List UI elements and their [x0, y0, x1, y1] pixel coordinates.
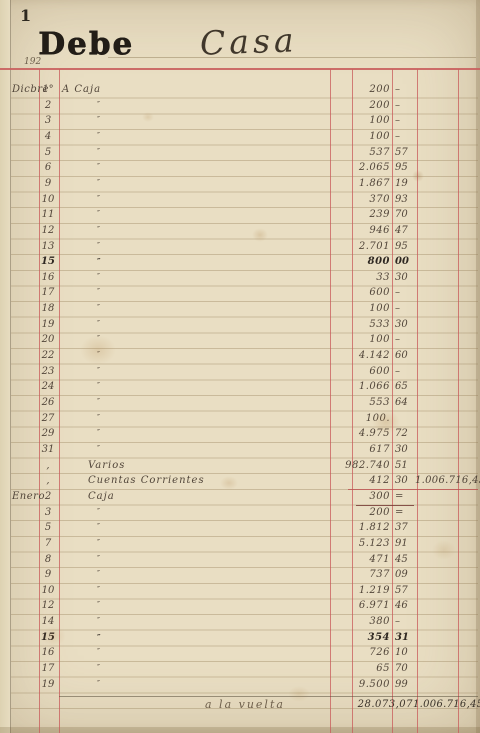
- ditto-mark: ″: [97, 272, 101, 281]
- ledger-row: 7″5.12391: [0, 538, 480, 553]
- amount-cents: =: [395, 507, 415, 518]
- amount-cents: 30: [395, 444, 415, 455]
- day-number: 10: [40, 194, 56, 205]
- amount-total: 1.006.716,45: [415, 475, 472, 486]
- amount-cents: –: [395, 131, 415, 142]
- amount-integer: 100: [330, 131, 390, 142]
- amount-cents: –: [395, 115, 415, 126]
- day-number: 7: [40, 538, 56, 549]
- amount-integer: 800: [330, 256, 390, 267]
- ledger-row: 19″9.50099: [0, 679, 480, 694]
- day-number: 31: [40, 444, 56, 455]
- amount-cents: 95: [395, 162, 415, 173]
- amount-cents: 45: [395, 554, 415, 565]
- ledger-row: 15″80000: [0, 256, 480, 271]
- ledger-row: 2″200–: [0, 100, 480, 115]
- ledger-row: 10″1.21957: [0, 585, 480, 600]
- day-number: 14: [40, 616, 56, 627]
- amount-integer: 4.975: [330, 428, 390, 439]
- ditto-mark: ″: [97, 381, 101, 390]
- day-number: 26: [40, 397, 56, 408]
- ledger-row: 12″94647: [0, 225, 480, 240]
- day-number: ,: [40, 475, 56, 486]
- ledger-row: 11″23970: [0, 209, 480, 224]
- ledger-row: 12″6.97146: [0, 600, 480, 615]
- ditto-mark: ″: [97, 413, 101, 422]
- day-number: 10: [40, 585, 56, 596]
- ledger-page: 1 Debe Casa 192 Dicbre1°A Caja200–2″200–…: [0, 0, 480, 733]
- ledger-row: 20″100–: [0, 334, 480, 349]
- amount-integer: 380: [330, 616, 390, 627]
- ditto-mark: ″: [97, 647, 101, 656]
- page-number: 1: [20, 6, 31, 25]
- amount-cents: –: [395, 366, 415, 377]
- day-number: 19: [40, 319, 56, 330]
- ditto-mark: ″: [97, 194, 101, 203]
- day-number: 2: [40, 491, 56, 502]
- ditto-mark: ″: [97, 319, 101, 328]
- amount-cents: –: [395, 303, 415, 314]
- amount-integer: 1.066: [330, 381, 390, 392]
- day-number: 15: [40, 632, 56, 643]
- ditto-mark: ″: [97, 366, 101, 375]
- day-number: 15: [40, 256, 56, 267]
- ditto-mark: ″: [97, 632, 102, 642]
- amount-integer: 6.971: [330, 600, 390, 611]
- totals-separator-line: [59, 696, 478, 697]
- amount-integer: 4.142: [330, 350, 390, 361]
- ledger-row: 17″600–: [0, 287, 480, 302]
- amount-cents: 37: [395, 522, 415, 533]
- ditto-mark: ″: [97, 178, 101, 187]
- amount-integer: 617: [330, 444, 390, 455]
- ledger-row: 31″61730: [0, 444, 480, 459]
- amount-cents: 30: [395, 475, 415, 486]
- concept-label: Varios: [88, 460, 125, 471]
- amount-integer: 370: [330, 194, 390, 205]
- ditto-mark: ″: [97, 507, 101, 516]
- ledger-row: 8″47145: [0, 554, 480, 569]
- ledger-row: 17″6570: [0, 663, 480, 678]
- day-number: 1°: [40, 84, 56, 95]
- ledger-row: 5″53757: [0, 147, 480, 162]
- amount-cents: –: [395, 84, 415, 95]
- day-number: 18: [40, 303, 56, 314]
- ditto-mark: ″: [97, 209, 101, 218]
- amount-integer: 1.867: [330, 178, 390, 189]
- amount-cents: 31: [395, 632, 415, 643]
- red-ink-underline: [356, 505, 414, 506]
- amount-integer: 533: [330, 319, 390, 330]
- amount-cents: –: [395, 287, 415, 298]
- amount-cents: 91: [395, 538, 415, 549]
- day-number: 9: [40, 178, 56, 189]
- day-number: 22: [40, 350, 56, 361]
- ditto-mark: ″: [97, 225, 101, 234]
- ditto-mark: ″: [97, 256, 102, 266]
- year-prefix: 192: [24, 57, 41, 67]
- ledger-row: 6″2.06595: [0, 162, 480, 177]
- red-ink-underline: [348, 489, 478, 490]
- amount-integer: 65: [330, 663, 390, 674]
- day-number: 12: [40, 600, 56, 611]
- ledger-row: 13″2.70195: [0, 241, 480, 256]
- amount-integer: 726: [330, 647, 390, 658]
- amount-cents: 65: [395, 381, 415, 392]
- amount-integer: 100: [330, 115, 390, 126]
- ditto-mark: ″: [97, 147, 101, 156]
- account-title: Casa: [199, 20, 298, 62]
- ditto-mark: ″: [97, 679, 101, 688]
- ditto-mark: ″: [97, 162, 101, 171]
- amount-integer: 200: [330, 507, 390, 518]
- month-label: Enero: [12, 491, 38, 502]
- amount-cents: –: [395, 616, 415, 627]
- day-number: 3: [40, 115, 56, 126]
- ledger-row: ,Cuentas Corrientes412301.006.716,45: [0, 475, 480, 490]
- amount-integer: 600: [330, 287, 390, 298]
- ledger-row: 23″600–: [0, 366, 480, 381]
- ledger-row: 4″100–: [0, 131, 480, 146]
- day-number: 11: [40, 209, 56, 220]
- ditto-mark: ″: [97, 444, 101, 453]
- amount-integer: 2.065: [330, 162, 390, 173]
- amount-cents: 72: [395, 428, 415, 439]
- amount-cents: 30: [395, 319, 415, 330]
- day-number: 13: [40, 241, 56, 252]
- day-number: 5: [40, 522, 56, 533]
- day-number: 6: [40, 162, 56, 173]
- ledger-row: 29″4.97572: [0, 428, 480, 443]
- day-number: 3: [40, 507, 56, 518]
- ledger-row: 16″72610: [0, 647, 480, 662]
- amount-integer: 737: [330, 569, 390, 580]
- ledger-row: 14″380–: [0, 616, 480, 631]
- ditto-mark: ″: [97, 287, 101, 296]
- amount-cents: 30: [395, 272, 415, 283]
- amount-cents: 64: [395, 397, 415, 408]
- concept-label: Caja: [88, 491, 115, 502]
- ledger-row: 5″1.81237: [0, 522, 480, 537]
- amount-cents: 95: [395, 241, 415, 252]
- amount-integer: 100: [330, 334, 390, 345]
- day-number: 8: [40, 554, 56, 565]
- amount-cents: 60: [395, 350, 415, 361]
- day-number: 17: [40, 663, 56, 674]
- day-number: 2: [40, 100, 56, 111]
- amount-cents: 10: [395, 647, 415, 658]
- amount-integer: 300: [330, 491, 390, 502]
- page-bottom-edge: [0, 727, 480, 733]
- ditto-mark: ″: [97, 616, 101, 625]
- amount-integer: 1.812: [330, 522, 390, 533]
- amount-integer: 100.: [330, 413, 390, 424]
- amount-cents: –: [395, 100, 415, 111]
- amount-cents: 47: [395, 225, 415, 236]
- concept-label: A Caja: [62, 84, 101, 95]
- ditto-mark: ″: [97, 554, 101, 563]
- ledger-row: 9″1.86719: [0, 178, 480, 193]
- day-number: ,: [40, 460, 56, 471]
- amount-integer: 100: [330, 303, 390, 314]
- header-red-rule: [0, 68, 480, 70]
- day-number: 5: [40, 147, 56, 158]
- amount-cents: 00: [395, 256, 415, 267]
- day-number: 24: [40, 381, 56, 392]
- ledger-row: Dicbre1°A Caja200–: [0, 84, 480, 99]
- total-amount-column2: 1.006.716,45: [413, 699, 473, 710]
- day-number: 20: [40, 334, 56, 345]
- month-label: Dicbre: [12, 84, 38, 95]
- ditto-mark: ″: [97, 663, 101, 672]
- ditto-mark: ″: [97, 428, 101, 437]
- ledger-row: ,Varios982.74051: [0, 460, 480, 475]
- amount-cents: 70: [395, 209, 415, 220]
- amount-integer: 946: [330, 225, 390, 236]
- day-number: 29: [40, 428, 56, 439]
- amount-integer: 200: [330, 100, 390, 111]
- ditto-mark: ″: [97, 100, 101, 109]
- ledger-row: 3″100–: [0, 115, 480, 130]
- ditto-mark: ″: [97, 115, 101, 124]
- amount-cents: 57: [395, 147, 415, 158]
- day-number: 9: [40, 569, 56, 580]
- amount-integer: 33: [330, 272, 390, 283]
- day-number: 16: [40, 647, 56, 658]
- ledger-row: 10″37093: [0, 194, 480, 209]
- ditto-mark: ″: [97, 350, 101, 359]
- ditto-mark: ″: [97, 600, 101, 609]
- ledger-row: 18″100–: [0, 303, 480, 318]
- ledger-row: 22″4.14260: [0, 350, 480, 365]
- amount-cents: –: [395, 334, 415, 345]
- ditto-mark: ″: [97, 397, 101, 406]
- amount-integer: 2.701: [330, 241, 390, 252]
- amount-integer: 354: [330, 632, 390, 643]
- ledger-row: 9″73709: [0, 569, 480, 584]
- ledger-row: 16″3330: [0, 272, 480, 287]
- ledger-row: 26″55364: [0, 397, 480, 412]
- ditto-mark: ″: [97, 131, 101, 140]
- ledger-row: 15″35431: [0, 632, 480, 647]
- amount-integer: 200: [330, 84, 390, 95]
- ditto-mark: ″: [97, 241, 101, 250]
- ledger-row: 24″1.06665: [0, 381, 480, 396]
- day-number: 16: [40, 272, 56, 283]
- ditto-mark: ″: [97, 569, 101, 578]
- amount-cents: 09: [395, 569, 415, 580]
- amount-integer: 537: [330, 147, 390, 158]
- day-number: 27: [40, 413, 56, 424]
- amount-cents: 19: [395, 178, 415, 189]
- amount-integer: 239: [330, 209, 390, 220]
- ledger-row: Enero2Caja300=: [0, 491, 480, 506]
- ditto-mark: ″: [97, 334, 101, 343]
- amount-integer: 9.500: [330, 679, 390, 690]
- amount-cents: 51: [395, 460, 415, 471]
- ledger-row: 19″53330: [0, 319, 480, 334]
- amount-cents: 70: [395, 663, 415, 674]
- amount-integer: 412: [330, 475, 390, 486]
- amount-integer: 471: [330, 554, 390, 565]
- day-number: 23: [40, 366, 56, 377]
- ditto-mark: ″: [97, 303, 101, 312]
- day-number: 19: [40, 679, 56, 690]
- day-number: 4: [40, 131, 56, 142]
- day-number: 12: [40, 225, 56, 236]
- debit-header: Debe: [38, 26, 134, 62]
- ditto-mark: ″: [97, 585, 101, 594]
- total-amount-column1: 28.073,07: [340, 699, 413, 710]
- ditto-mark: ″: [97, 522, 101, 531]
- day-number: 17: [40, 287, 56, 298]
- amount-integer: 600: [330, 366, 390, 377]
- amount-integer: 5.123: [330, 538, 390, 549]
- concept-label: Cuentas Corrientes: [88, 475, 205, 486]
- amount-integer: 553: [330, 397, 390, 408]
- amount-cents: 46: [395, 600, 415, 611]
- amount-cents: 57: [395, 585, 415, 596]
- amount-cents: 99: [395, 679, 415, 690]
- ledger-row: 27″100.: [0, 413, 480, 428]
- amount-integer: 1.219: [330, 585, 390, 596]
- carry-forward-label: a la vuelta: [205, 698, 285, 711]
- amount-cents: 93: [395, 194, 415, 205]
- amount-cents: =: [395, 491, 415, 502]
- ledger-row: 3″200=: [0, 507, 480, 522]
- ditto-mark: ″: [97, 538, 101, 547]
- amount-integer: 982.740: [330, 460, 390, 471]
